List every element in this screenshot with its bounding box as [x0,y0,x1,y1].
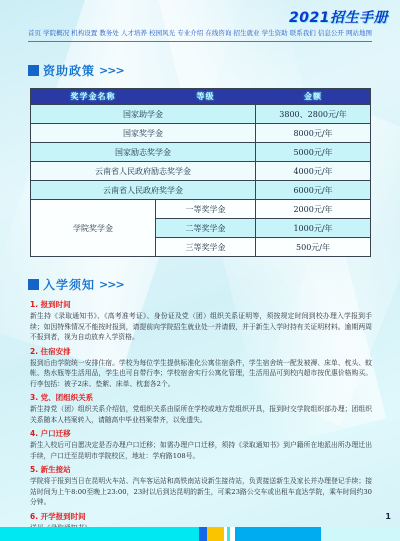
page-title: 2021招生手册 [289,7,388,27]
scholarship-amount: 5000元/年 [256,143,371,162]
table-header-cell: 等级 [156,89,256,105]
table-header-cell: 奖学金名称 [31,89,156,105]
footer-strip-segment [321,527,400,541]
nav-item-11[interactable]: 联系我们 [290,28,316,37]
notice-heading-5: 5. 新生接站 [30,464,372,475]
nav-item-13[interactable]: 网站地图 [346,28,372,37]
scholarship-level: 三等奖学金 [156,238,256,257]
table-row: 学院奖学金一等奖学金2000元/年 [31,200,371,219]
nav-item-7[interactable]: 专业介绍 [177,28,203,37]
scholarship-amount: 4000元/年 [256,162,371,181]
square-bullet-icon [28,279,39,290]
nav-item-2[interactable]: 学院概况 [43,28,69,37]
page: 2021招生手册 首页学院概况机构设置教务处人才培养校园风光专业介绍在线咨询招生… [0,0,400,541]
nav-item-9[interactable]: 招生就业 [234,28,260,37]
scholarship-group-name: 学院奖学金 [31,200,156,257]
scholarship-name: 国家励志奖学金 [31,143,256,162]
scholarship-amount: 2000元/年 [256,200,371,219]
notice-section-title: 入学须知 [43,276,95,293]
funding-section-title: 资助政策 [43,62,95,79]
nav-item-8[interactable]: 在线咨询 [205,28,231,37]
scholarship-name: 国家助学金 [31,105,256,124]
notice-heading-2: 2. 住宿安排 [30,346,372,357]
nav-item-12[interactable]: 信息公开 [318,28,344,37]
scholarship-table: 奖学金名称等级金额 国家助学金3800、2800元/年国家奖学金8000元/年国… [30,88,371,257]
table-row: 云南省人民政府励志奖学金4000元/年 [31,162,371,181]
table-row: 国家励志奖学金5000元/年 [31,143,371,162]
scholarship-name: 云南省人民政府奖学金 [31,181,256,200]
notice-list: 1. 报到时间新生持《录取通知书》、《高考准考证》、身份证及党（团）组织关系证明… [30,296,372,533]
page-number: 1 [385,512,391,521]
scholarship-level: 二等奖学金 [156,219,256,238]
nav-item-4[interactable]: 教务处 [99,28,119,37]
table-row: 云南省人民政府奖学金6000元/年 [31,181,371,200]
notice-body-1: 新生持《录取通知书》、《高考准考证》、身份证及党（团）组织关系证明等，须按规定时… [30,311,372,343]
notice-heading-1: 1. 报到时间 [30,299,372,310]
top-nav: 首页学院概况机构设置教务处人才培养校园风光专业介绍在线咨询招生就业学生资助联系我… [28,28,372,42]
scholarship-name: 国家奖学金 [31,124,256,143]
scholarship-amount: 1000元/年 [256,219,371,238]
notice-heading-4: 4. 户口迁移 [30,428,372,439]
arrows-icon: >>> [99,278,124,291]
table-header-cell: 金额 [256,89,371,105]
scholarship-amount: 500元/年 [256,238,371,257]
notice-heading-6: 6. 开学报到时间 [30,511,372,522]
table-row: 国家助学金3800、2800元/年 [31,105,371,124]
table-row: 国家奖学金8000元/年 [31,124,371,143]
footer-color-strip [0,527,400,541]
notice-section-heading: 入学须知 >>> [28,276,124,293]
nav-item-1[interactable]: 首页 [28,28,41,37]
footer-strip-segment [0,527,199,541]
table-header-row: 奖学金名称等级金额 [31,89,371,105]
notice-body-2: 报到后由学院统一安排住宿。学校为每位学生提供标准化公寓住宿条件，学生宿舍统一配发… [30,358,372,390]
nav-item-10[interactable]: 学生资助 [262,28,288,37]
footer-strip-segment [199,527,207,541]
nav-item-5[interactable]: 人才培养 [121,28,147,37]
scholarship-amount: 8000元/年 [256,124,371,143]
notice-heading-3: 3. 党、团组织关系 [30,392,372,403]
notice-body-3: 新生持党（团）组织关系介绍信，党组织关系由原所在学校或地方党组织开具，报到时交学… [30,404,372,425]
notice-body-5: 学院将于报到当日在昆明火车站、汽车客运站和高铁南站设新生接待站，负责接送新生及家… [30,476,372,508]
funding-section-heading: 资助政策 >>> [28,62,124,79]
nav-item-3[interactable]: 机构设置 [71,28,97,37]
footer-strip-segment [235,527,321,541]
scholarship-amount: 3800、2800元/年 [256,105,371,124]
scholarship-amount: 6000元/年 [256,181,371,200]
nav-item-6[interactable]: 校园风光 [149,28,175,37]
square-bullet-icon [28,65,39,76]
arrows-icon: >>> [99,64,124,77]
scholarship-level: 一等奖学金 [156,200,256,219]
notice-body-4: 新生入校后可自愿决定是否办理户口迁移；如需办理户口迁移，须持《录取通知书》到户籍… [30,440,372,461]
scholarship-name: 云南省人民政府励志奖学金 [31,162,256,181]
footer-strip-segment [207,527,224,541]
